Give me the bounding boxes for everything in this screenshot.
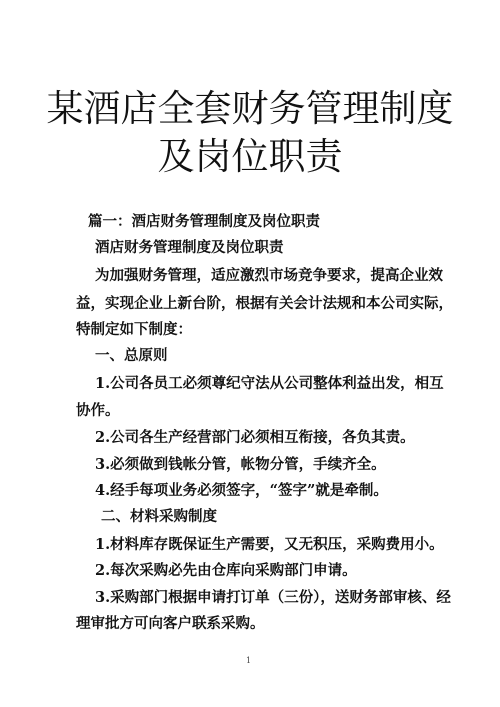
list-item-continuation: 协作。 [76, 401, 120, 421]
document-title-line-2: 及岗位职责 [0, 134, 500, 180]
document-title-line-1: 某酒店全套财务管理制度 [0, 86, 500, 132]
list-item: 1.材料库存既保证生产需要，又无积压，采购费用小。 [95, 535, 444, 555]
paragraph-line: 为加强财务管理，适应激烈市场竞争要求，提高企业效 [95, 266, 443, 286]
list-item: 3.必须做到钱帐分管，帐物分管，手续齐全。 [95, 455, 386, 475]
page-number: 1 [246, 656, 251, 665]
list-item: 4.经手每项业务必须签字，“签字”就是牵制。 [95, 481, 388, 501]
list-item: 2.每次采购必先由仓库向采购部门申请。 [95, 561, 357, 581]
subtitle: 酒店财务管理制度及岗位职责 [95, 238, 284, 258]
section-heading: 二、材料采购制度 [101, 507, 217, 527]
paragraph-line: 益，实现企业上新台阶，根据有关会计法规和本公司实际， [76, 294, 453, 314]
paragraph-line: 特制定如下制度： [76, 320, 192, 340]
list-item: 1.公司各员工必须尊纪守法从公司整体利益出发，相互 [95, 374, 444, 394]
list-item: 2.公司各生产经营部门必须相互衔接，各负其责。 [95, 428, 415, 448]
section-heading: 一、总原则 [95, 346, 168, 366]
list-item-continuation: 理审批方可向客户联系采购。 [76, 614, 265, 634]
section-heading: 篇一：酒店财务管理制度及岗位职责 [88, 212, 320, 232]
list-item: 3.采购部门根据申请打订单（三份），送财务部审核、经 [95, 588, 451, 608]
